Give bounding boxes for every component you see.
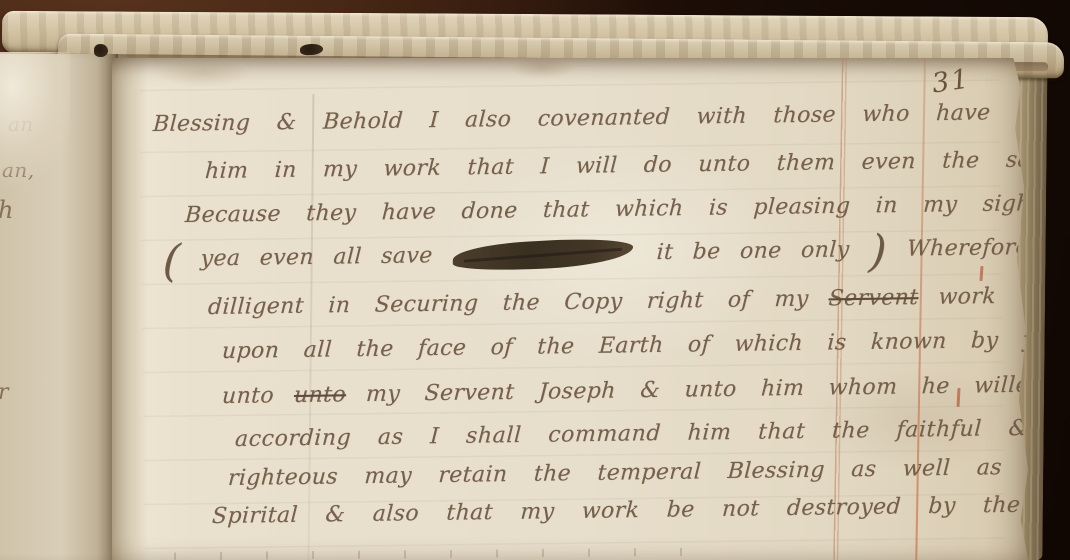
manuscript-text: yea even all save [200,243,433,271]
manuscript-page: 31 Blessing & Behold I also covenanted w… [112,58,1028,560]
manuscript-text: unto [221,383,274,409]
ink-spot [94,44,108,57]
manuscript-text: it be one only [656,237,850,265]
facing-page-fragment: r [0,380,9,405]
struck-word: unto [293,382,346,408]
manuscript-photo: anan,hr 31 Blessing & Behold I also cove… [0,0,1070,560]
struck-word: Servent [828,285,919,311]
page-number: 31 [930,63,972,99]
manuscript-text: work [938,284,997,310]
